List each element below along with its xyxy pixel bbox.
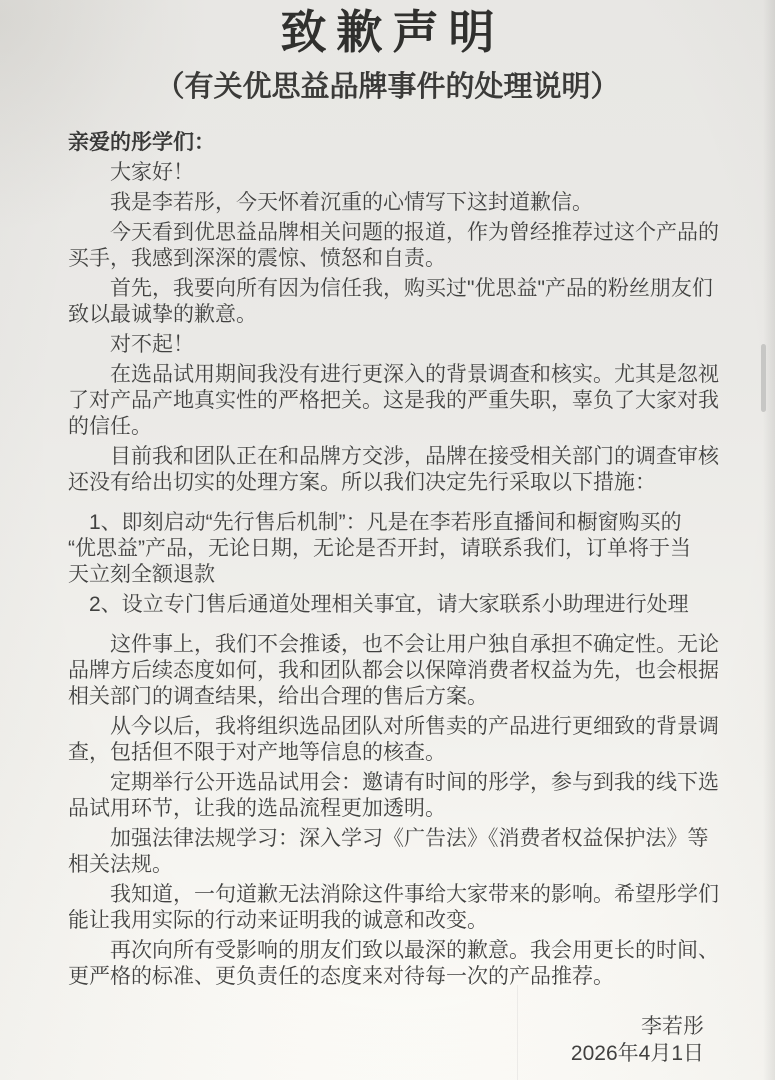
- letter-paragraph-sincerity: 我知道，一句道歉无法消除这件事给大家带来的影响。希望彤学们 能让我用实际的行动来…: [68, 882, 725, 934]
- letter-paragraph-greeting: 大家好！: [68, 160, 725, 186]
- measure-item-2: 2、设立专门售后通道处理相关事宜，请大家联系小助理进行处理: [68, 592, 725, 618]
- letter-subtitle: （有关优思益品牌事件的处理说明）: [0, 66, 775, 108]
- measures-list: 1、即刻启动“先行售后机制”：凡是在李若彤直播间和橱窗购买的 “优思益”产品，无…: [68, 510, 725, 618]
- letter-paragraph-negotiation: 目前我和团队正在和品牌方交涉，品牌在接受相关部门的调查审核 还没有给出切实的处理…: [68, 444, 725, 496]
- signature-date: 2026年4月1日: [68, 1040, 704, 1067]
- letter-paragraph-intro: 我是李若彤，今天怀着沉重的心情写下这封道歉信。: [68, 190, 725, 216]
- letter-paragraph-final-apology: 再次向所有受影响的朋友们致以最深的歉意。我会用更长的时间、 更严格的标准、更负责…: [68, 938, 725, 990]
- letter-title: 致歉声明: [0, 4, 775, 62]
- closing-section: 这件事上，我们不会推诿，也不会让用户独自承担不确定性。无论 品牌方后续态度如何，…: [68, 632, 725, 990]
- letter-paragraph-report: 今天看到优思益品牌相关问题的报道，作为曾经推荐过这个产品的 买手，我感到深深的震…: [68, 220, 725, 272]
- apology-letter-page: 致歉声明 （有关优思益品牌事件的处理说明） 亲爱的彤学们： 大家好！ 我是李若彤…: [0, 0, 775, 1080]
- letter-paragraph-background-check: 从今以后，我将组织选品团队对所售卖的产品进行更细致的背景调 查，包括但不限于对产…: [68, 714, 725, 766]
- letter-paragraph-fault: 在选品试用期间我没有进行更深入的背景调查和核实。尤其是忽视 了对产品产地真实性的…: [68, 362, 725, 440]
- letter-body: 亲爱的彤学们： 大家好！ 我是李若彤，今天怀着沉重的心情写下这封道歉信。 今天看…: [68, 130, 725, 1067]
- letter-paragraph-sorry: 对不起！: [68, 332, 725, 358]
- letter-paragraph-open-trial: 定期举行公开选品试用会：邀请有时间的彤学，参与到我的线下选 品试用环节，让我的选…: [68, 770, 725, 822]
- letter-paragraph-apology-to-fans: 首先，我要向所有因为信任我，购买过"优思益"产品的粉丝朋友们 致以最诚挚的歉意。: [68, 276, 725, 328]
- scrollbar-thumb[interactable]: [761, 344, 766, 412]
- signature-name: 李若彤: [68, 1014, 704, 1040]
- measure-item-1: 1、即刻启动“先行售后机制”：凡是在李若彤直播间和橱窗购买的 “优思益”产品，无…: [68, 510, 725, 588]
- page-edge-shadow: [763, 0, 775, 1080]
- letter-paragraph-responsibility: 这件事上，我们不会推诿，也不会让用户独自承担不确定性。无论 品牌方后续态度如何，…: [68, 632, 725, 710]
- letter-salutation: 亲爱的彤学们：: [68, 130, 725, 156]
- letter-paragraph-law-study: 加强法律法规学习：深入学习《广告法》《消费者权益保护法》等 相关法规。: [68, 826, 725, 878]
- signature-block: 李若彤 2026年4月1日: [68, 1014, 725, 1067]
